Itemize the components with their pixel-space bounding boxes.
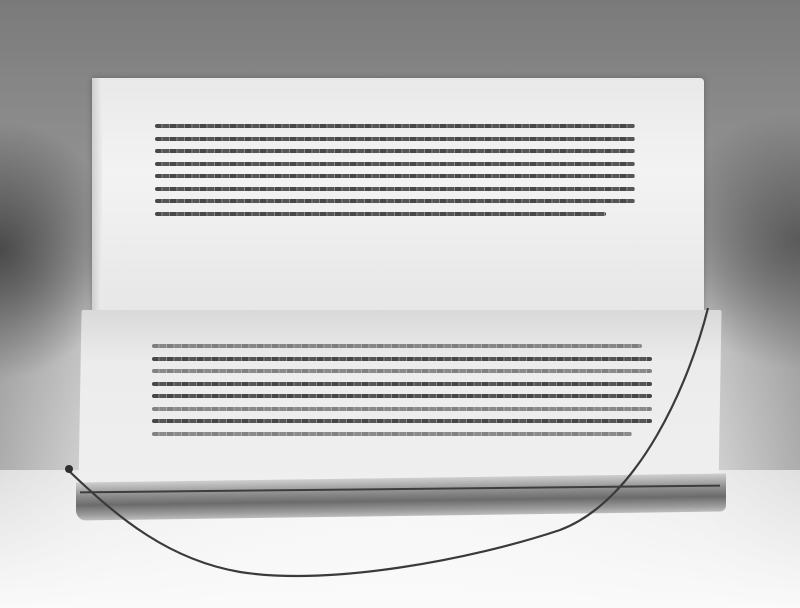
binding-string — [0, 0, 800, 608]
